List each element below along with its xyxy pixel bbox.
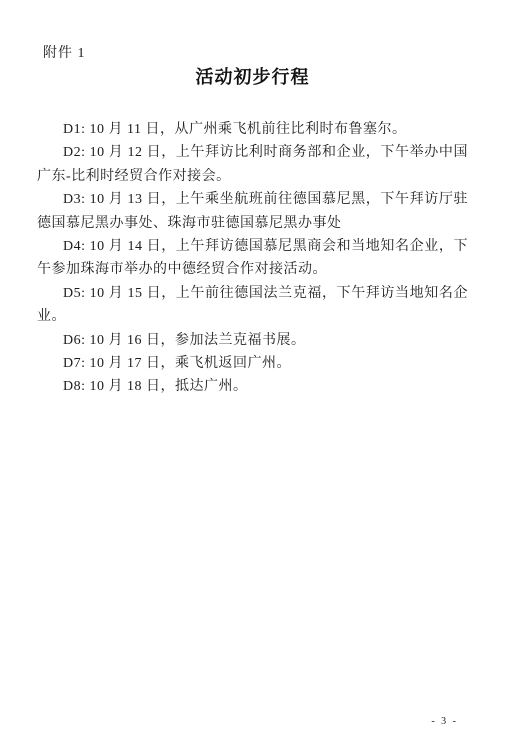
itinerary-entry: D3: 10 月 13 日，上午乘坐航班前往德国慕尼黑，下午拜访厅驻德国慕尼黑办… bbox=[37, 188, 468, 235]
document-title: 活动初步行程 bbox=[37, 67, 468, 87]
itinerary-entry: D8: 10 月 18 日，抵达广州。 bbox=[37, 375, 468, 398]
itinerary-entry: D5: 10 月 15 日，上午前往德国法兰克福，下午拜访当地知名企业。 bbox=[37, 282, 468, 329]
itinerary-entry: D6: 10 月 16 日，参加法兰克福书展。 bbox=[37, 329, 468, 352]
itinerary-entry: D7: 10 月 17 日，乘飞机返回广州。 bbox=[37, 352, 468, 375]
page-number: - 3 - bbox=[431, 716, 458, 727]
attachment-label: 附件 1 bbox=[43, 45, 468, 63]
itinerary-entry: D1: 10 月 11 日，从广州乘飞机前往比利时布鲁塞尔。 bbox=[37, 118, 468, 141]
itinerary-list: D1: 10 月 11 日，从广州乘飞机前往比利时布鲁塞尔。D2: 10 月 1… bbox=[37, 118, 468, 399]
itinerary-entry: D4: 10 月 14 日，上午拜访德国慕尼黑商会和当地知名企业，下午参加珠海市… bbox=[37, 235, 468, 282]
itinerary-entry: D2: 10 月 12 日，上午拜访比利时商务部和企业，下午举办中国广东-比利时… bbox=[37, 141, 468, 188]
document-page: 附件 1 活动初步行程 D1: 10 月 11 日，从广州乘飞机前往比利时布鲁塞… bbox=[0, 0, 509, 755]
